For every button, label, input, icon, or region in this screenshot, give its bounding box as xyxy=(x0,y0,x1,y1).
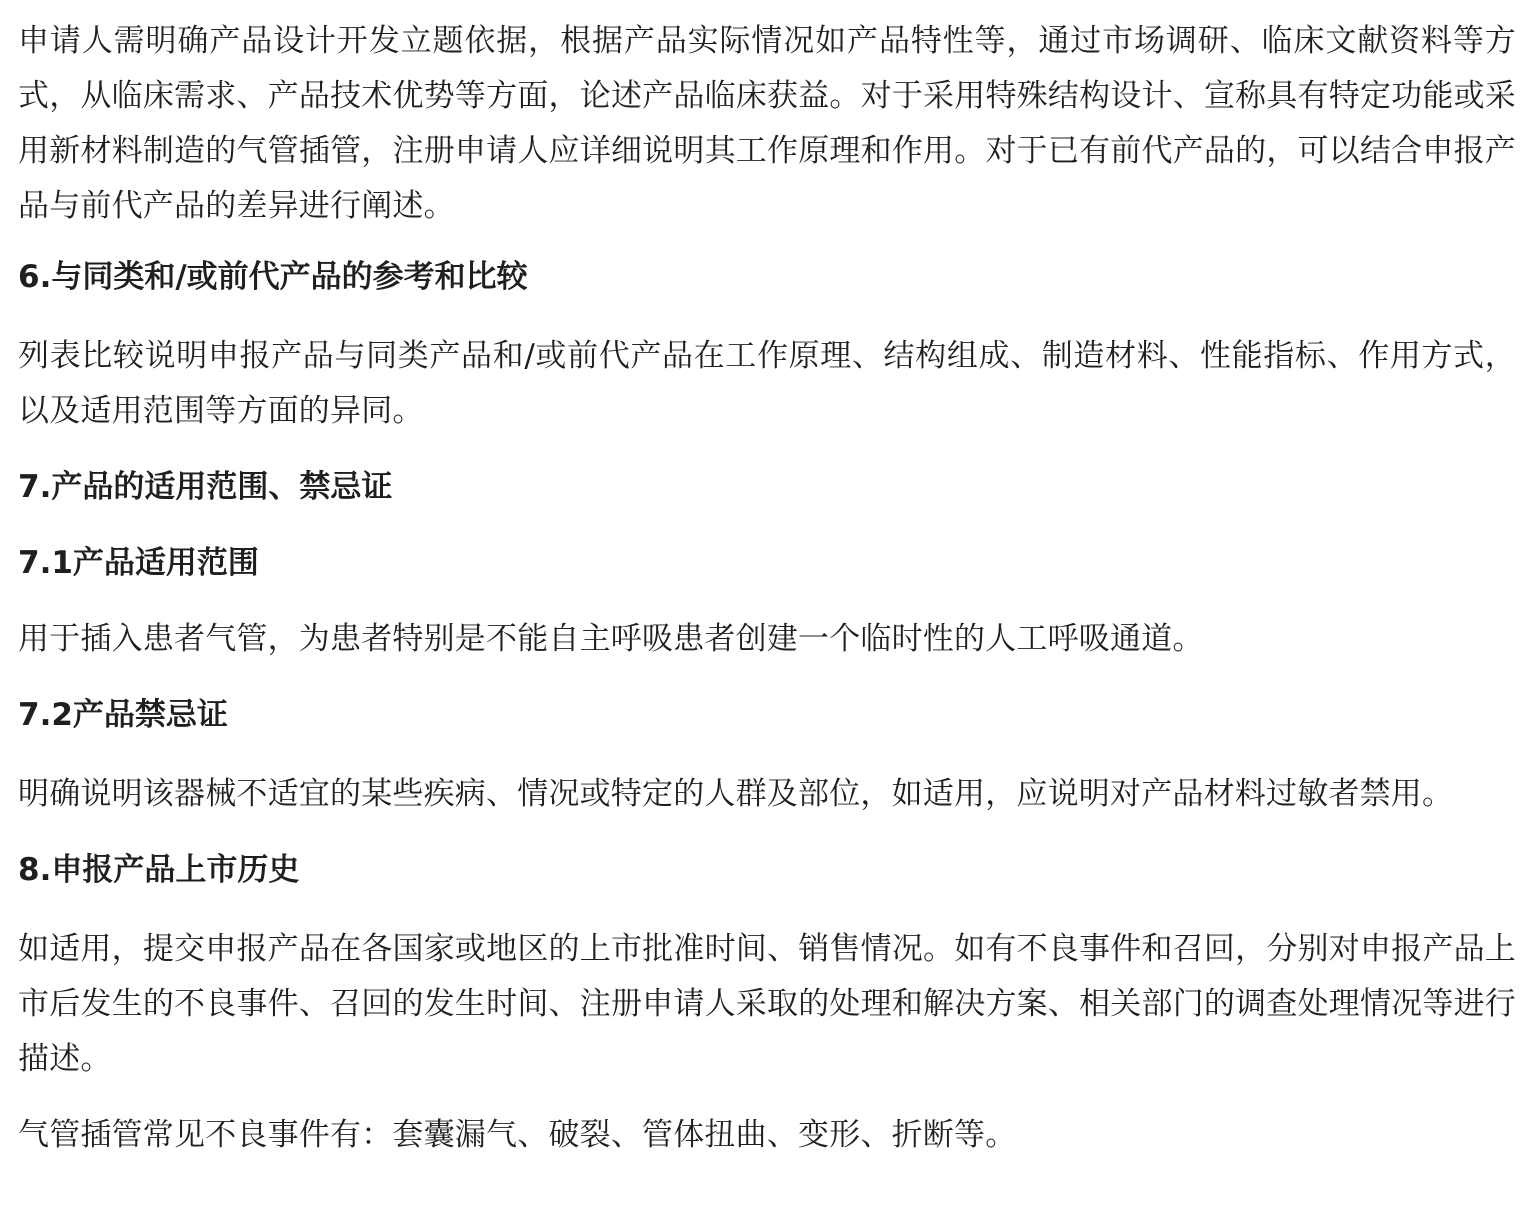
heading-section-7-scope-contraindications: 7.产品的适用范围、禁忌证 xyxy=(18,460,1516,515)
paragraph-scope: 用于插入患者气管，为患者特别是不能自主呼吸患者创建一个临时性的人工呼吸通道。 xyxy=(18,612,1516,667)
paragraph-comparison: 列表比较说明申报产品与同类产品和/或前代产品在工作原理、结构组成、制造材料、性能… xyxy=(18,329,1516,439)
paragraph-adverse-events: 气管插管常见不良事件有：套囊漏气、破裂、管体扭曲、变形、折断等。 xyxy=(18,1108,1516,1163)
heading-section-8-market-history: 8.申报产品上市历史 xyxy=(18,843,1516,898)
heading-section-6-comparison: 6.与同类和/或前代产品的参考和比较 xyxy=(18,250,1516,305)
paragraph-contraindications: 明确说明该器械不适宜的某些疾病、情况或特定的人群及部位，如适用，应说明对产品材料… xyxy=(18,767,1516,822)
paragraph-market-history: 如适用，提交申报产品在各国家或地区的上市批准时间、销售情况。如有不良事件和召回，… xyxy=(18,922,1516,1087)
heading-section-7-2-contraindications: 7.2产品禁忌证 xyxy=(18,688,1516,743)
paragraph-design-basis: 申请人需明确产品设计开发立题依据，根据产品实际情况如产品特性等，通过市场调研、临… xyxy=(18,14,1516,234)
document-body: 申请人需明确产品设计开发立题依据，根据产品实际情况如产品特性等，通过市场调研、临… xyxy=(0,0,1532,1163)
heading-section-7-1-scope: 7.1产品适用范围 xyxy=(18,536,1516,591)
